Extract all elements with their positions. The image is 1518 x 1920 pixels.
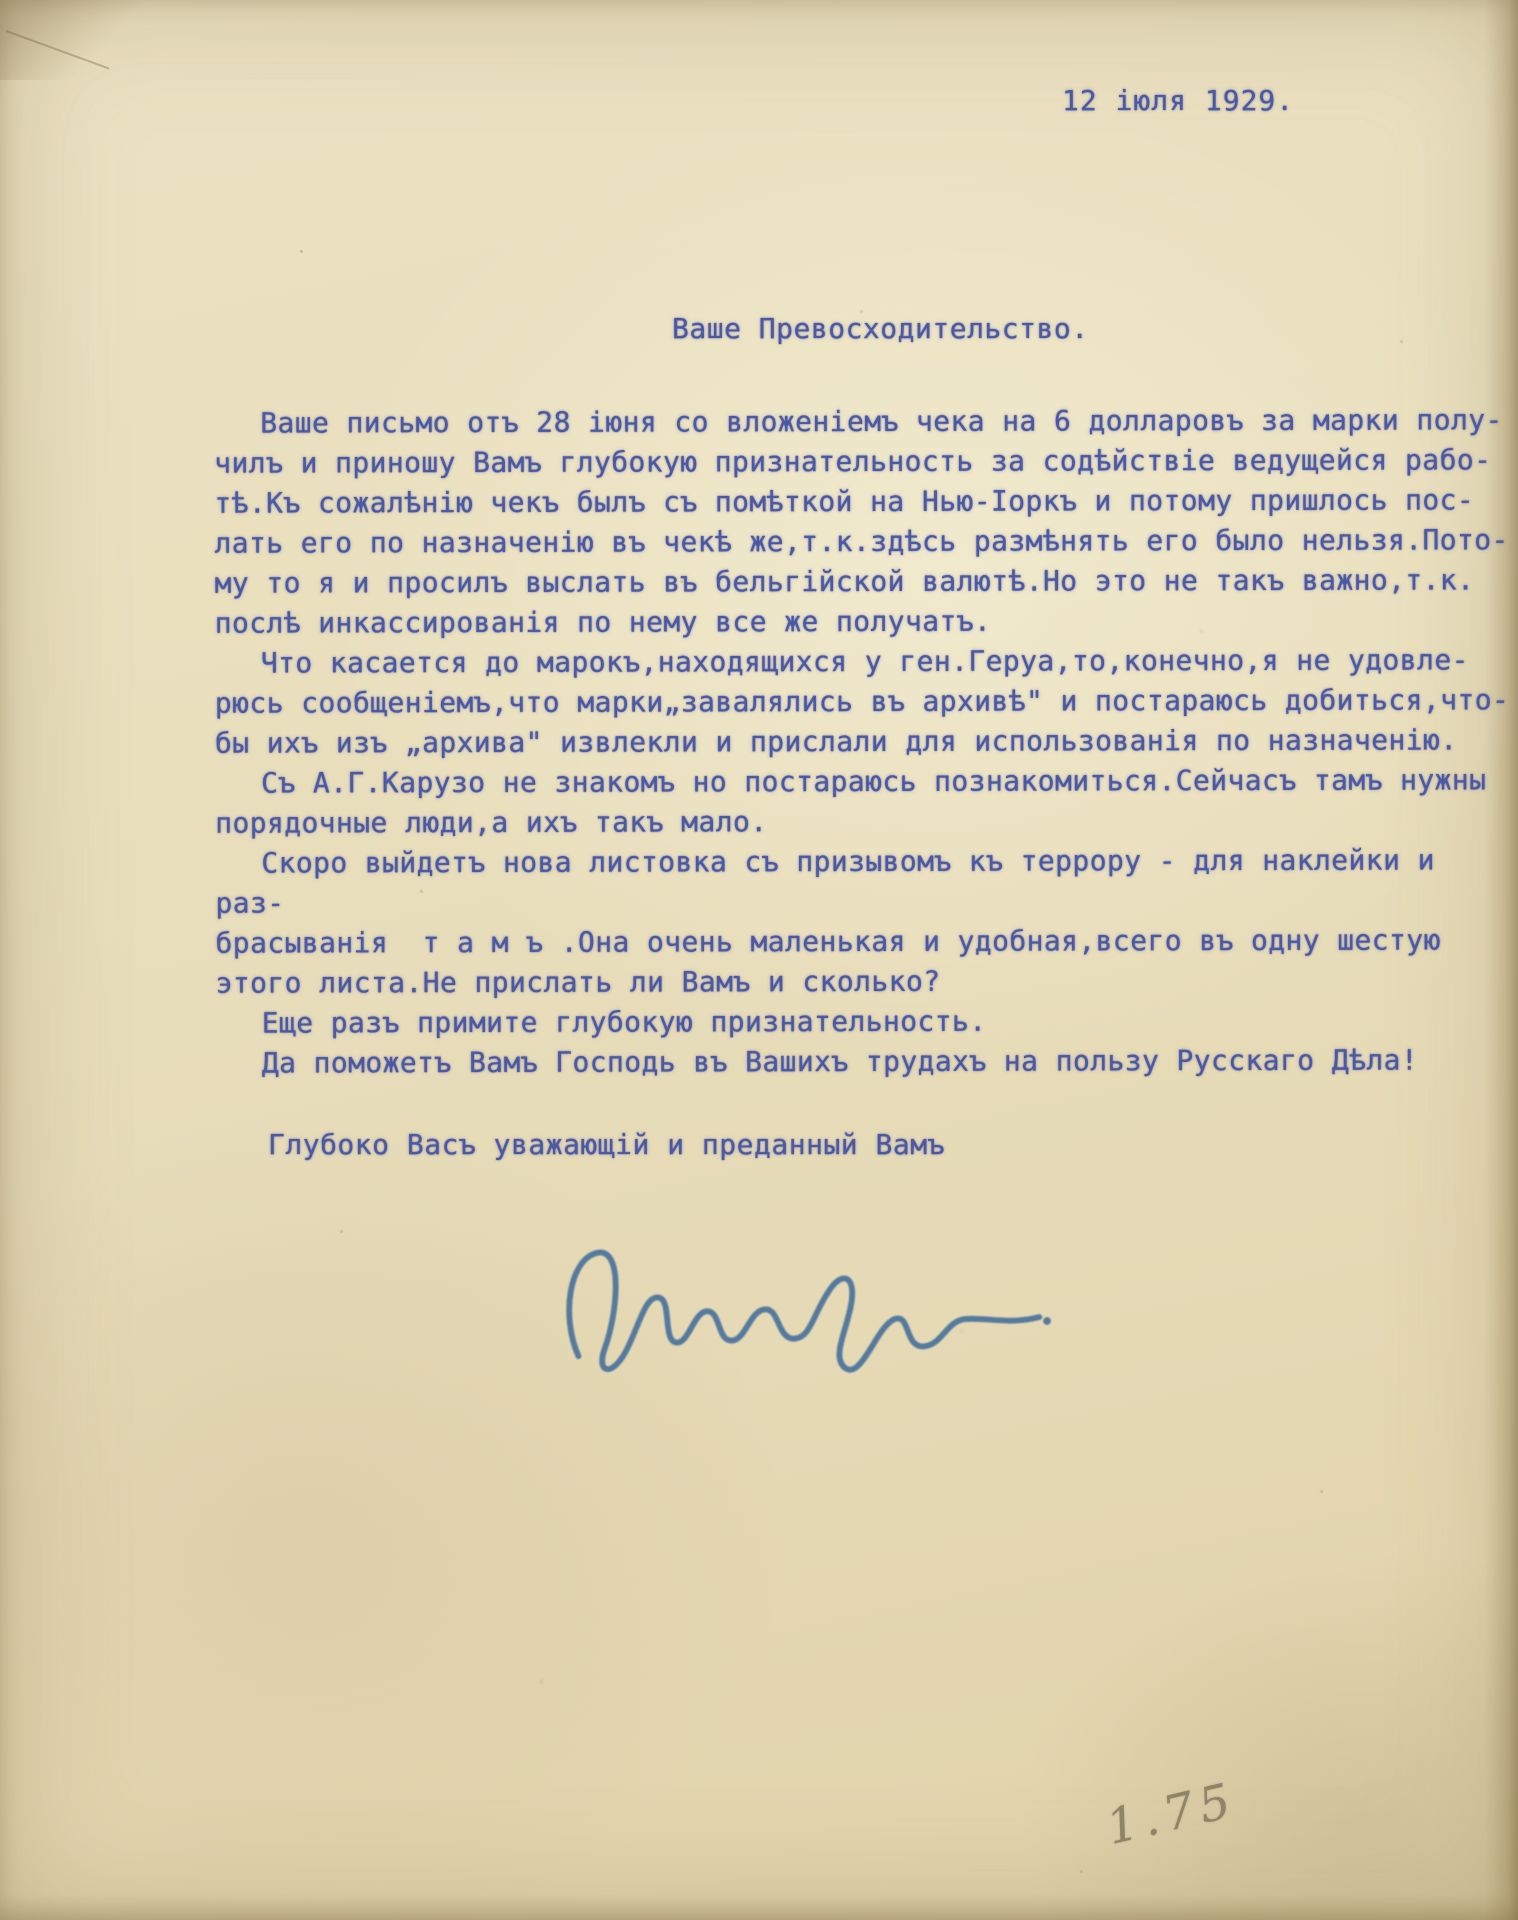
paper-edge-shadow-bottom xyxy=(0,1894,1518,1920)
paper-speckles xyxy=(300,250,303,253)
paragraph-5-thanks: Еще разъ примите глубокую признательност… xyxy=(216,1000,1514,1043)
handwritten-signature-icon xyxy=(548,1198,1058,1403)
paragraph-2: Что касается до марокъ,находящихся у ген… xyxy=(215,640,1513,763)
letter-scan-page: 12 іюля 1929. Ваше Превосходительство. В… xyxy=(0,0,1518,1920)
paragraph-4: Скоро выйдетъ нова листовка съ призывомъ… xyxy=(215,840,1513,1003)
paper-corner-crease xyxy=(0,0,150,80)
pencil-price-note: 1.75 xyxy=(1101,1772,1241,1856)
paragraph-3: Съ А.Г.Карузо не знакомъ но постараюсь п… xyxy=(215,760,1513,843)
salutation: Ваше Превосходительство. xyxy=(672,312,1089,345)
paragraph-6-blessing: Да поможетъ Вамъ Господь въ Вашихъ труда… xyxy=(216,1040,1514,1083)
closing-line: Глубоко Васъ уважающій и преданный Вамъ xyxy=(268,1128,945,1161)
letter-body: Ваше письмо отъ 28 іюня со вложеніемъ че… xyxy=(214,400,1514,1083)
paragraph-1: Ваше письмо отъ 28 іюня со вложеніемъ че… xyxy=(214,400,1513,643)
letter-date: 12 іюля 1929. xyxy=(1062,84,1294,117)
